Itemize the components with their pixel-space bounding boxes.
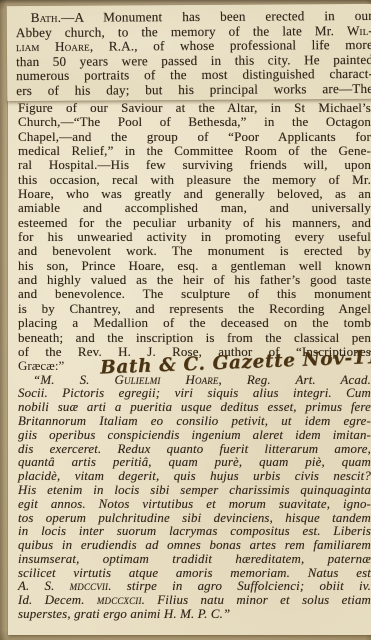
article-line: scilicet virtutis atque amoris memoriam.… (18, 567, 371, 581)
article-line: quibus in erudiendis ad omnes bonas arte… (18, 539, 371, 553)
newspaper-clipping-main: Figure of our Saviour at the Altar, in S… (8, 96, 371, 635)
article-line: His etenim in locis sibi semper charissi… (18, 484, 371, 498)
article-line: Church,—“The Pool of Bethesda,” in the O… (18, 115, 371, 129)
article-line: nobili suæ arti a pueritia usque deditus… (18, 401, 371, 415)
article-line: Hoare, who was greatly and generally bel… (18, 187, 371, 201)
article-line: for his unwearied activity in promoting … (18, 230, 371, 244)
article-line: Figure of our Saviour at the Altar, in S… (18, 101, 371, 115)
article-line: and highly valued as the heir of his fat… (18, 273, 371, 287)
article-line: in locis inter suorum lacrymas compositu… (18, 525, 371, 539)
graecae-and-annotation-row: Græcæ:” Bath & C. Gazette Nov-11-1828 (18, 359, 371, 373)
article-line: medical Relief,” in the Committee Room o… (18, 144, 371, 158)
article-line: esteemed for the peculiar urbanity of hi… (18, 216, 371, 230)
article-line: Id. Decem. mdccxcii. Filius natu minor e… (18, 594, 371, 608)
article-line: this occasion, recal with pleasure the m… (18, 173, 371, 187)
article-line: ral Hospital.—His few surviving friends … (18, 158, 371, 172)
newspaper-clipping-top: Bath.—A Monument has been erected in our… (7, 4, 371, 101)
article-line: is by Chantrey, and represents the Recor… (18, 302, 371, 316)
article-line: egit annos. Notos virtutibus et morum su… (18, 498, 371, 512)
article-line: Socii. Pictoris egregii; viri siquis ali… (18, 387, 371, 401)
article-line: quantâ artis peritiâ, quam purè, quam pi… (18, 456, 371, 470)
article-line: Britannorum Italiam eo consilio petivit,… (18, 415, 371, 429)
article-line: insumserat, optimam tradidit hæreditatem… (18, 553, 371, 567)
article-line: tos operum pulchritudine sibi devinciens… (18, 512, 371, 526)
article-line: A. S. mdccvii. stirpe in agro Suffolcien… (18, 580, 371, 594)
article-line: superstes, grati ergo animi H. M. P. C.” (18, 608, 371, 622)
article-line: placidè, vitam degerit, quis hujus urbis… (18, 470, 371, 484)
article-line: beneath; and the inscription is from the… (18, 331, 371, 345)
article-line: amiable and accomplished man, and univer… (18, 201, 371, 215)
intro-paragraph: Bath.—A Monument has been erected in our… (16, 9, 371, 98)
article-line: and benevolent work. The monument is ere… (18, 244, 371, 258)
article-line: giis operibus conspiciendis ingenium ale… (18, 429, 371, 443)
article-line: ers of his day; but his principal works … (16, 82, 371, 99)
article-line: “M. S. Gulielmi Hoare, Reg. Art. Acad. (18, 374, 371, 388)
article-line: Chapel,—and the group of “Poor Applicant… (18, 130, 371, 144)
article-line: dis exerceret. Redux quanto fuerit litte… (18, 443, 371, 457)
article-line: his son, Prince Hoare, esq. a gentleman … (18, 259, 371, 273)
article-line: and benevolence. The sculpture of this m… (18, 287, 371, 301)
body-paragraph: Figure of our Saviour at the Altar, in S… (18, 101, 371, 359)
latin-inscription: “M. S. Gulielmi Hoare, Reg. Art. Acad.So… (18, 374, 371, 622)
graecae-text: Græcæ:” (18, 358, 64, 373)
article-line: placing a Medallion of the deceased on t… (18, 316, 371, 330)
